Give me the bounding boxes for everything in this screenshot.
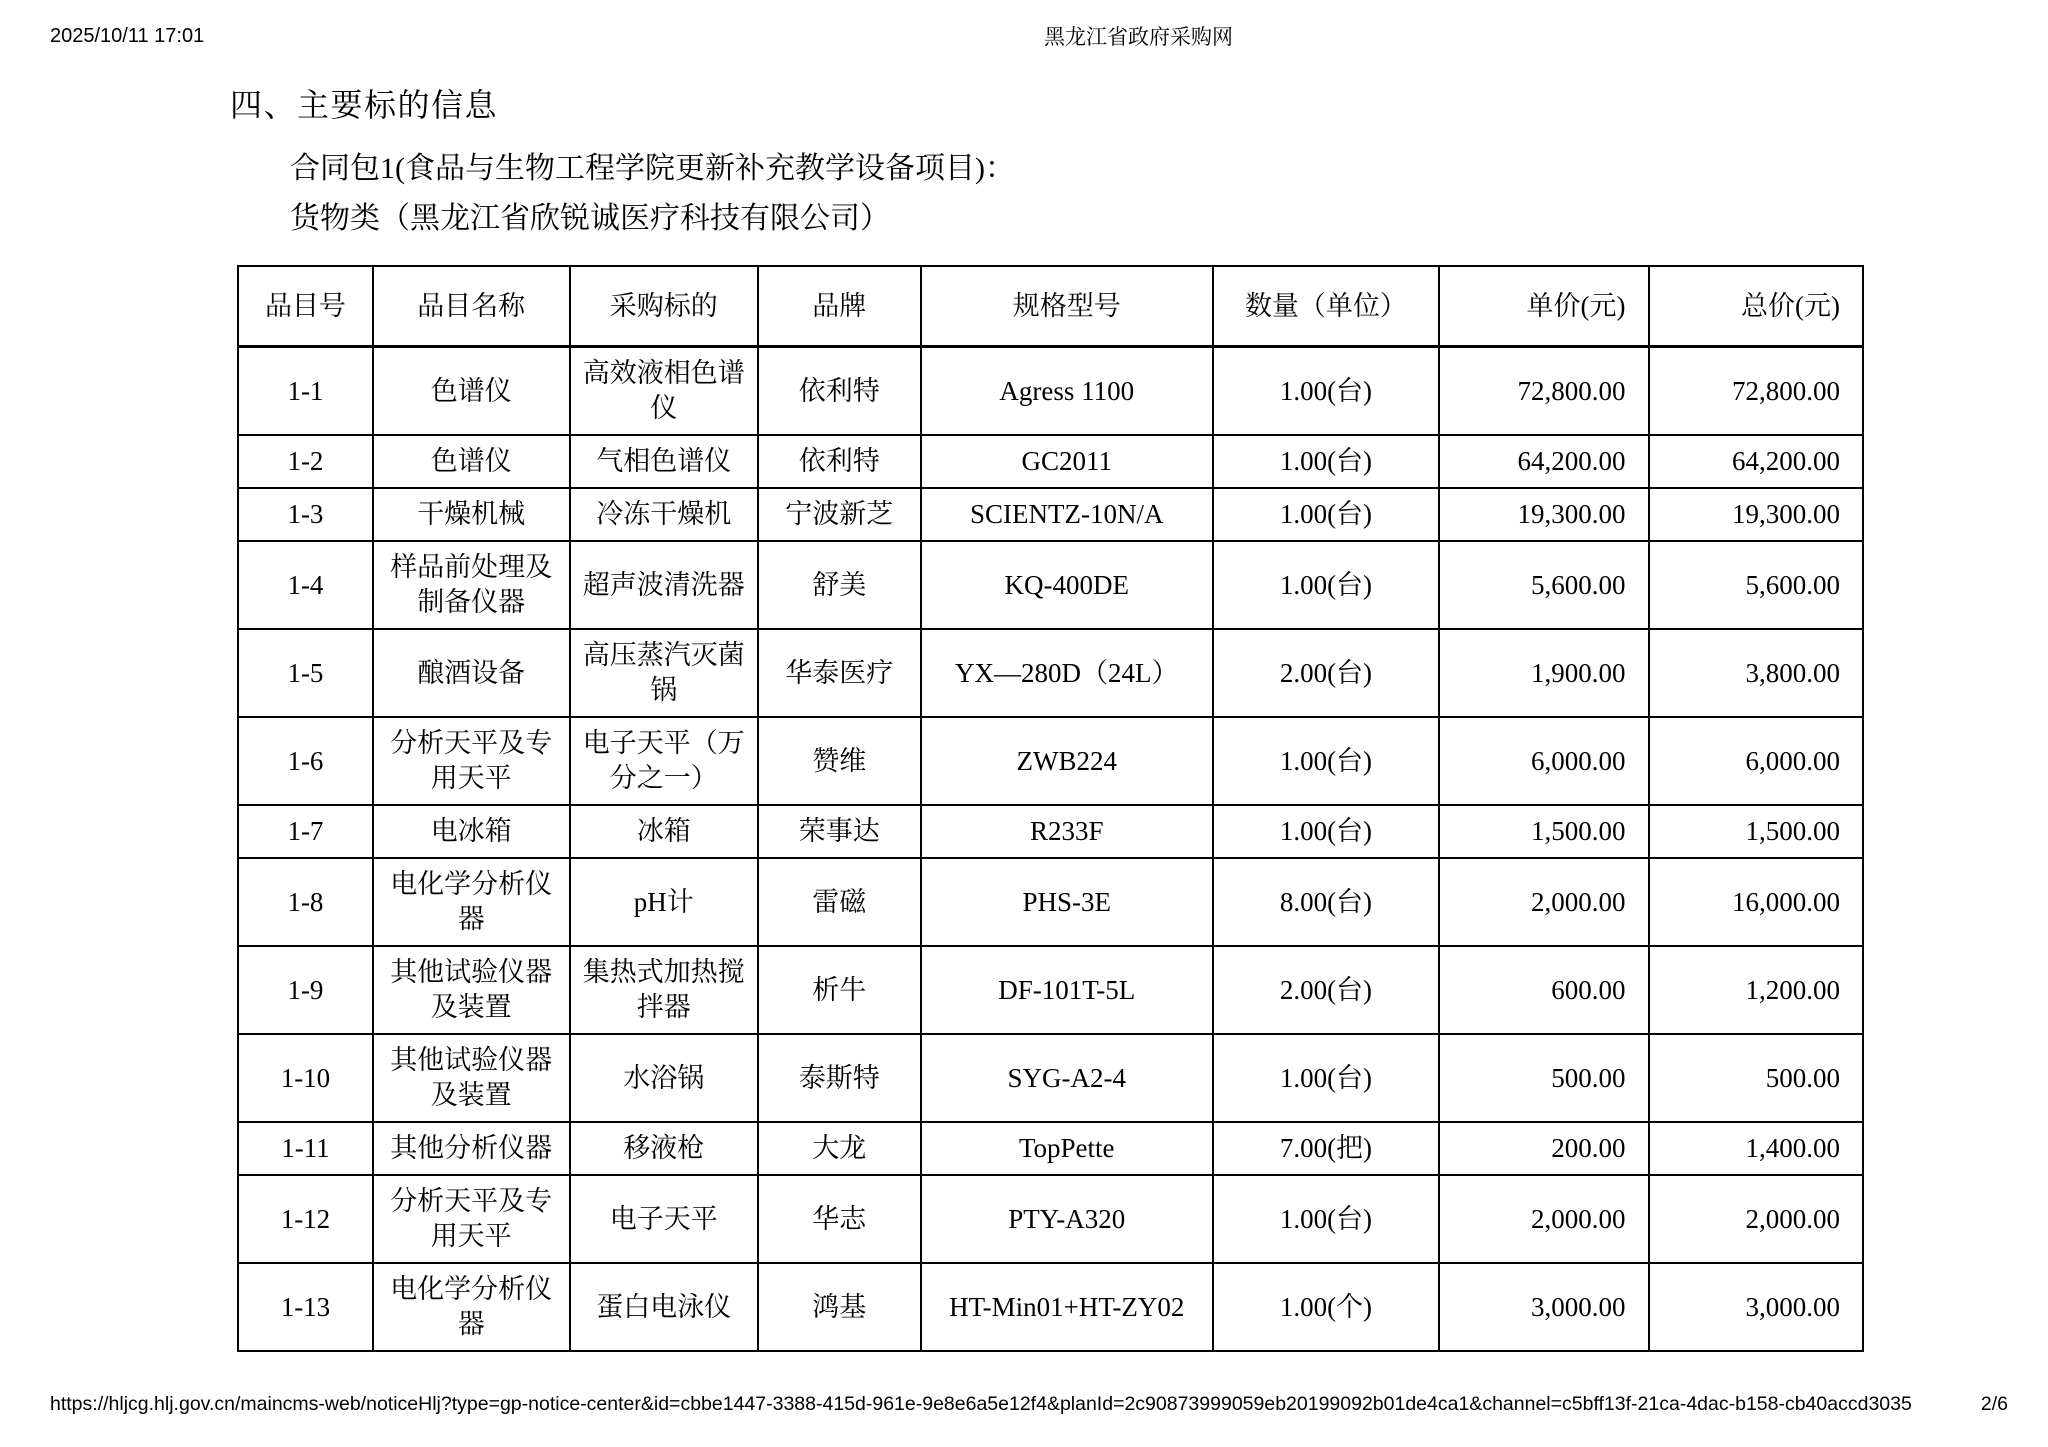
cell-item_name: 电化学分析仪器 — [373, 1263, 570, 1351]
column-header-model: 规格型号 — [921, 266, 1214, 347]
cell-item_name: 酿酒设备 — [373, 629, 570, 717]
table-row-1-7: 1-7电冰箱冰箱荣事达R233F1.00(台)1,500.001,500.00 — [238, 805, 1863, 858]
column-header-total_price: 总价(元) — [1649, 266, 1864, 347]
cell-model: PHS-3E — [921, 858, 1214, 946]
cell-procurement_subject: 高效液相色谱仪 — [570, 347, 759, 436]
table-row-1-11: 1-11其他分析仪器移液枪大龙TopPette7.00(把)200.001,40… — [238, 1122, 1863, 1175]
cell-quantity_unit: 2.00(台) — [1213, 946, 1439, 1034]
cell-procurement_subject: 移液枪 — [570, 1122, 759, 1175]
cell-unit_price: 64,200.00 — [1439, 435, 1649, 488]
cell-brand: 依利特 — [758, 435, 921, 488]
column-header-procurement_subject: 采购标的 — [570, 266, 759, 347]
table-row-1-2: 1-2色谱仪气相色谱仪依利特GC20111.00(台)64,200.0064,2… — [238, 435, 1863, 488]
table-row-1-6: 1-6分析天平及专用天平电子天平（万分之一）赞维ZWB2241.00(台)6,0… — [238, 717, 1863, 805]
cell-brand: 析牛 — [758, 946, 921, 1034]
cell-quantity_unit: 1.00(台) — [1213, 1034, 1439, 1122]
cell-brand: 雷磁 — [758, 858, 921, 946]
cell-total_price: 500.00 — [1649, 1034, 1864, 1122]
cell-unit_price: 2,000.00 — [1439, 858, 1649, 946]
table-row-1-5: 1-5酿酒设备高压蒸汽灭菌锅华泰医疗YX—280D（24L）2.00(台)1,9… — [238, 629, 1863, 717]
print-timestamp: 2025/10/11 17:01 — [50, 24, 204, 48]
cell-item_no: 1-2 — [238, 435, 373, 488]
source-url: https://hljcg.hlj.gov.cn/maincms-web/not… — [50, 1392, 1912, 1416]
cell-brand: 赞维 — [758, 717, 921, 805]
cell-total_price: 6,000.00 — [1649, 717, 1864, 805]
cell-item_no: 1-1 — [238, 347, 373, 436]
cell-quantity_unit: 1.00(台) — [1213, 347, 1439, 436]
cell-total_price: 1,400.00 — [1649, 1122, 1864, 1175]
table-row-1-4: 1-4样品前处理及制备仪器超声波清洗器舒美KQ-400DE1.00(台)5,60… — [238, 541, 1863, 629]
cell-model: GC2011 — [921, 435, 1214, 488]
cell-unit_price: 200.00 — [1439, 1122, 1649, 1175]
cell-quantity_unit: 1.00(台) — [1213, 717, 1439, 805]
cell-model: TopPette — [921, 1122, 1214, 1175]
cell-total_price: 19,300.00 — [1649, 488, 1864, 541]
table-row-1-3: 1-3干燥机械冷冻干燥机宁波新芝SCIENTZ-10N/A1.00(台)19,3… — [238, 488, 1863, 541]
cell-brand: 鸿基 — [758, 1263, 921, 1351]
cell-total_price: 5,600.00 — [1649, 541, 1864, 629]
cell-item_name: 其他分析仪器 — [373, 1122, 570, 1175]
table-row-1-1: 1-1色谱仪高效液相色谱仪依利特Agress 11001.00(台)72,800… — [238, 347, 1863, 436]
site-title: 黑龙江省政府采购网 — [1044, 26, 1233, 50]
column-header-item_name: 品目名称 — [373, 266, 570, 347]
cell-item_no: 1-8 — [238, 858, 373, 946]
section-title: 四、主要标的信息 — [230, 80, 498, 126]
items-table-body: 1-1色谱仪高效液相色谱仪依利特Agress 11001.00(台)72,800… — [238, 347, 1863, 1352]
cell-brand: 大龙 — [758, 1122, 921, 1175]
cell-quantity_unit: 1.00(台) — [1213, 488, 1439, 541]
cell-total_price: 1,200.00 — [1649, 946, 1864, 1034]
table-row-1-10: 1-10其他试验仪器及装置水浴锅泰斯特SYG-A2-41.00(台)500.00… — [238, 1034, 1863, 1122]
cell-model: SCIENTZ-10N/A — [921, 488, 1214, 541]
cell-brand: 宁波新芝 — [758, 488, 921, 541]
cell-procurement_subject: 水浴锅 — [570, 1034, 759, 1122]
cell-item_name: 色谱仪 — [373, 435, 570, 488]
cell-total_price: 16,000.00 — [1649, 858, 1864, 946]
cell-total_price: 64,200.00 — [1649, 435, 1864, 488]
column-header-quantity_unit: 数量（单位） — [1213, 266, 1439, 347]
cell-model: YX—280D（24L） — [921, 629, 1214, 717]
cell-brand: 华泰医疗 — [758, 629, 921, 717]
cell-quantity_unit: 1.00(台) — [1213, 1175, 1439, 1263]
cell-unit_price: 72,800.00 — [1439, 347, 1649, 436]
cell-model: R233F — [921, 805, 1214, 858]
cell-item_name: 电冰箱 — [373, 805, 570, 858]
cell-item_no: 1-6 — [238, 717, 373, 805]
cell-unit_price: 500.00 — [1439, 1034, 1649, 1122]
cell-total_price: 72,800.00 — [1649, 347, 1864, 436]
cell-item_no: 1-5 — [238, 629, 373, 717]
cell-quantity_unit: 1.00(台) — [1213, 805, 1439, 858]
cell-item_no: 1-3 — [238, 488, 373, 541]
cell-item_name: 其他试验仪器及装置 — [373, 1034, 570, 1122]
cell-unit_price: 1,900.00 — [1439, 629, 1649, 717]
cell-item_name: 干燥机械 — [373, 488, 570, 541]
cell-unit_price: 600.00 — [1439, 946, 1649, 1034]
cell-quantity_unit: 8.00(台) — [1213, 858, 1439, 946]
cell-item_no: 1-9 — [238, 946, 373, 1034]
table-header-row: 品目号品目名称采购标的品牌规格型号数量（单位）单价(元)总价(元) — [238, 266, 1863, 347]
cell-model: KQ-400DE — [921, 541, 1214, 629]
cell-item_no: 1-4 — [238, 541, 373, 629]
cell-quantity_unit: 1.00(个) — [1213, 1263, 1439, 1351]
cell-item_name: 分析天平及专用天平 — [373, 1175, 570, 1263]
cell-model: ZWB224 — [921, 717, 1214, 805]
cell-item_no: 1-13 — [238, 1263, 373, 1351]
cell-unit_price: 1,500.00 — [1439, 805, 1649, 858]
items-table: 品目号品目名称采购标的品牌规格型号数量（单位）单价(元)总价(元) 1-1色谱仪… — [237, 265, 1864, 1352]
cell-procurement_subject: 超声波清洗器 — [570, 541, 759, 629]
cell-procurement_subject: 电子天平（万分之一） — [570, 717, 759, 805]
column-header-item_no: 品目号 — [238, 266, 373, 347]
cell-unit_price: 2,000.00 — [1439, 1175, 1649, 1263]
cell-item_no: 1-10 — [238, 1034, 373, 1122]
cell-procurement_subject: 电子天平 — [570, 1175, 759, 1263]
table-row-1-8: 1-8电化学分析仪器pH计雷磁PHS-3E8.00(台)2,000.0016,0… — [238, 858, 1863, 946]
printed-page: 2025/10/11 17:01 黑龙江省政府采购网 四、主要标的信息 合同包1… — [0, 0, 2048, 1447]
column-header-unit_price: 单价(元) — [1439, 266, 1649, 347]
cell-item_name: 分析天平及专用天平 — [373, 717, 570, 805]
cell-model: HT-Min01+HT-ZY02 — [921, 1263, 1214, 1351]
cell-quantity_unit: 2.00(台) — [1213, 629, 1439, 717]
cell-unit_price: 3,000.00 — [1439, 1263, 1649, 1351]
cell-model: Agress 1100 — [921, 347, 1214, 436]
cell-unit_price: 19,300.00 — [1439, 488, 1649, 541]
table-row-1-13: 1-13电化学分析仪器蛋白电泳仪鸿基HT-Min01+HT-ZY021.00(个… — [238, 1263, 1863, 1351]
cell-item_name: 色谱仪 — [373, 347, 570, 436]
cell-quantity_unit: 1.00(台) — [1213, 435, 1439, 488]
column-header-brand: 品牌 — [758, 266, 921, 347]
cell-procurement_subject: pH计 — [570, 858, 759, 946]
cell-brand: 泰斯特 — [758, 1034, 921, 1122]
cell-procurement_subject: 气相色谱仪 — [570, 435, 759, 488]
cell-item_name: 其他试验仪器及装置 — [373, 946, 570, 1034]
cell-procurement_subject: 集热式加热搅拌器 — [570, 946, 759, 1034]
cell-brand: 荣事达 — [758, 805, 921, 858]
cell-unit_price: 5,600.00 — [1439, 541, 1649, 629]
cell-brand: 依利特 — [758, 347, 921, 436]
cell-brand: 华志 — [758, 1175, 921, 1263]
table-row-1-12: 1-12分析天平及专用天平电子天平华志PTY-A3201.00(台)2,000.… — [238, 1175, 1863, 1263]
cell-procurement_subject: 高压蒸汽灭菌锅 — [570, 629, 759, 717]
cell-item_no: 1-7 — [238, 805, 373, 858]
contract-package-line: 合同包1(食品与生物工程学院更新补充教学设备项目)： — [290, 150, 1015, 188]
cell-total_price: 3,000.00 — [1649, 1263, 1864, 1351]
page-indicator: 2/6 — [1981, 1392, 2008, 1416]
cell-total_price: 3,800.00 — [1649, 629, 1864, 717]
category-line: 货物类（黑龙江省欣锐诚医疗科技有限公司） — [290, 200, 890, 238]
cell-procurement_subject: 蛋白电泳仪 — [570, 1263, 759, 1351]
cell-item_no: 1-12 — [238, 1175, 373, 1263]
cell-procurement_subject: 冷冻干燥机 — [570, 488, 759, 541]
cell-unit_price: 6,000.00 — [1439, 717, 1649, 805]
cell-total_price: 2,000.00 — [1649, 1175, 1864, 1263]
cell-model: SYG-A2-4 — [921, 1034, 1214, 1122]
cell-model: DF-101T-5L — [921, 946, 1214, 1034]
cell-quantity_unit: 7.00(把) — [1213, 1122, 1439, 1175]
cell-total_price: 1,500.00 — [1649, 805, 1864, 858]
cell-item_name: 电化学分析仪器 — [373, 858, 570, 946]
cell-procurement_subject: 冰箱 — [570, 805, 759, 858]
cell-item_name: 样品前处理及制备仪器 — [373, 541, 570, 629]
cell-model: PTY-A320 — [921, 1175, 1214, 1263]
cell-item_no: 1-11 — [238, 1122, 373, 1175]
table-row-1-9: 1-9其他试验仪器及装置集热式加热搅拌器析牛DF-101T-5L2.00(台)6… — [238, 946, 1863, 1034]
cell-brand: 舒美 — [758, 541, 921, 629]
cell-quantity_unit: 1.00(台) — [1213, 541, 1439, 629]
